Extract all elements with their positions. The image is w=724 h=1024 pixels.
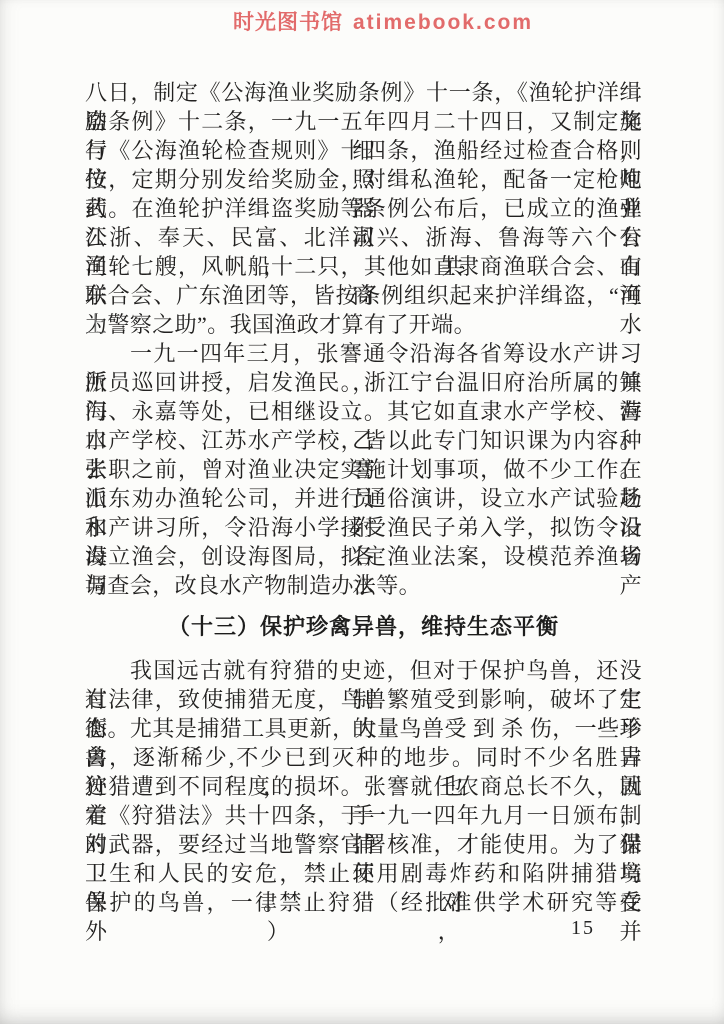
- text-line: 水产讲习所，令沿海小学接受渔民子弟入学，拟饬令沿海各省: [85, 513, 642, 542]
- section-heading: （十三）保护珍禽异兽，维持生态平衡: [85, 612, 642, 642]
- text-line: 我国远古就有狩猎的史迹，但对于保护鸟兽，还没有制定: [85, 656, 642, 685]
- watermark-site-url: atimebook.com: [353, 11, 533, 34]
- text-line: 保护的鸟兽，一律禁止狩猎（经批准供学术研究等在外），并: [85, 888, 642, 917]
- text-line: 卫生和人民的安危，禁止使用剧毒炸药和陷阱捕猎鸟兽。对受: [85, 859, 642, 888]
- text-line: 山东劝办渔轮公司，并进行通俗演讲，设立水产试验场和附设: [85, 484, 642, 513]
- text-line: 位，定期分别发给奖励金，对缉私渔轮，配备一定枪炮武器弹: [85, 165, 642, 194]
- text-line: 与《公海渔轮检查规则》十四条，渔船经过检查合格，按照吨: [85, 136, 642, 165]
- page-number: 15: [571, 917, 595, 940]
- page-text-block: 八日，制定《公海渔业奖励条例》十一条，《渔轮护洋缉盗奖 励条例》十二条，一九一五…: [85, 78, 642, 917]
- text-line: 渔轮七艘，风帆船十二只，其他如直隶商渔联合会、山东商渔: [85, 252, 642, 281]
- text-line: 过法律，致使捕猎无度，鸟兽繁殖受到影响，破坏了生态的平: [85, 685, 642, 714]
- text-line: 兽，逐渐稀少,不少已到灭种的地步。同时不少名胜古迹，也因: [85, 743, 642, 772]
- text-line: 派员巡回讲授，启发渔民。浙江宁台温旧府治所属的镇海、海: [85, 368, 642, 397]
- text-line: 励条例》十二条，一九一五年四月二十四日，又制定施行细则: [85, 107, 642, 136]
- text-line: 的武器，要经过当地警察官署核准，才能使用。为了保卫环境: [85, 830, 642, 859]
- text-line: 定《狩猎法》共十四条，于一九一四年九月一日颁布，对捕猎: [85, 801, 642, 830]
- text-line: 门、永嘉等处，已相继设立。其它如直隶水产学校、营口乙种: [85, 397, 642, 426]
- text-line: 衡。尤其是捕猎工具更新，大量鸟兽受 到 杀 伤，一些珍禽异: [85, 714, 642, 743]
- text-line: 一九一四年三月，张謇通令沿海各省筹设水产讲习所，并: [85, 339, 642, 368]
- text-line: 设立渔会，创设海图局，拟定渔业法案，设模范养渔场与水产: [85, 542, 642, 571]
- text-line: 去职之前，曾对渔业决定实施计划事项，做不少工作。派员赴: [85, 455, 642, 484]
- watermark-library-name: 时光图书馆: [233, 11, 343, 34]
- text-line: 联合会、广东渔团等，皆按条例组织起来护洋缉盗，“可为水: [85, 281, 642, 310]
- text-line: 药。在渔轮护洋缉盗奖励等条例公布后，已成立的渔业公司有: [85, 194, 642, 223]
- text-line: 狩猎遭到不同程度的损坏。张謇就任农商总长不久，就着手制: [85, 772, 642, 801]
- book-page-scan: 时光图书馆atimebook.com 八日，制定《公海渔业奖励条例》十一条，《渔…: [0, 0, 724, 1024]
- text-line: 水产学校、江苏水产学校，皆以此专门知识课为内容。张謇在: [85, 426, 642, 455]
- text-line: 江浙、奉天、民富、北洋淑兴、浙海、鲁海等六个公司，共有: [85, 223, 642, 252]
- text-line: 八日，制定《公海渔业奖励条例》十一条，《渔轮护洋缉盗奖: [85, 78, 642, 107]
- watermark-banner: 时光图书馆atimebook.com: [0, 6, 724, 36]
